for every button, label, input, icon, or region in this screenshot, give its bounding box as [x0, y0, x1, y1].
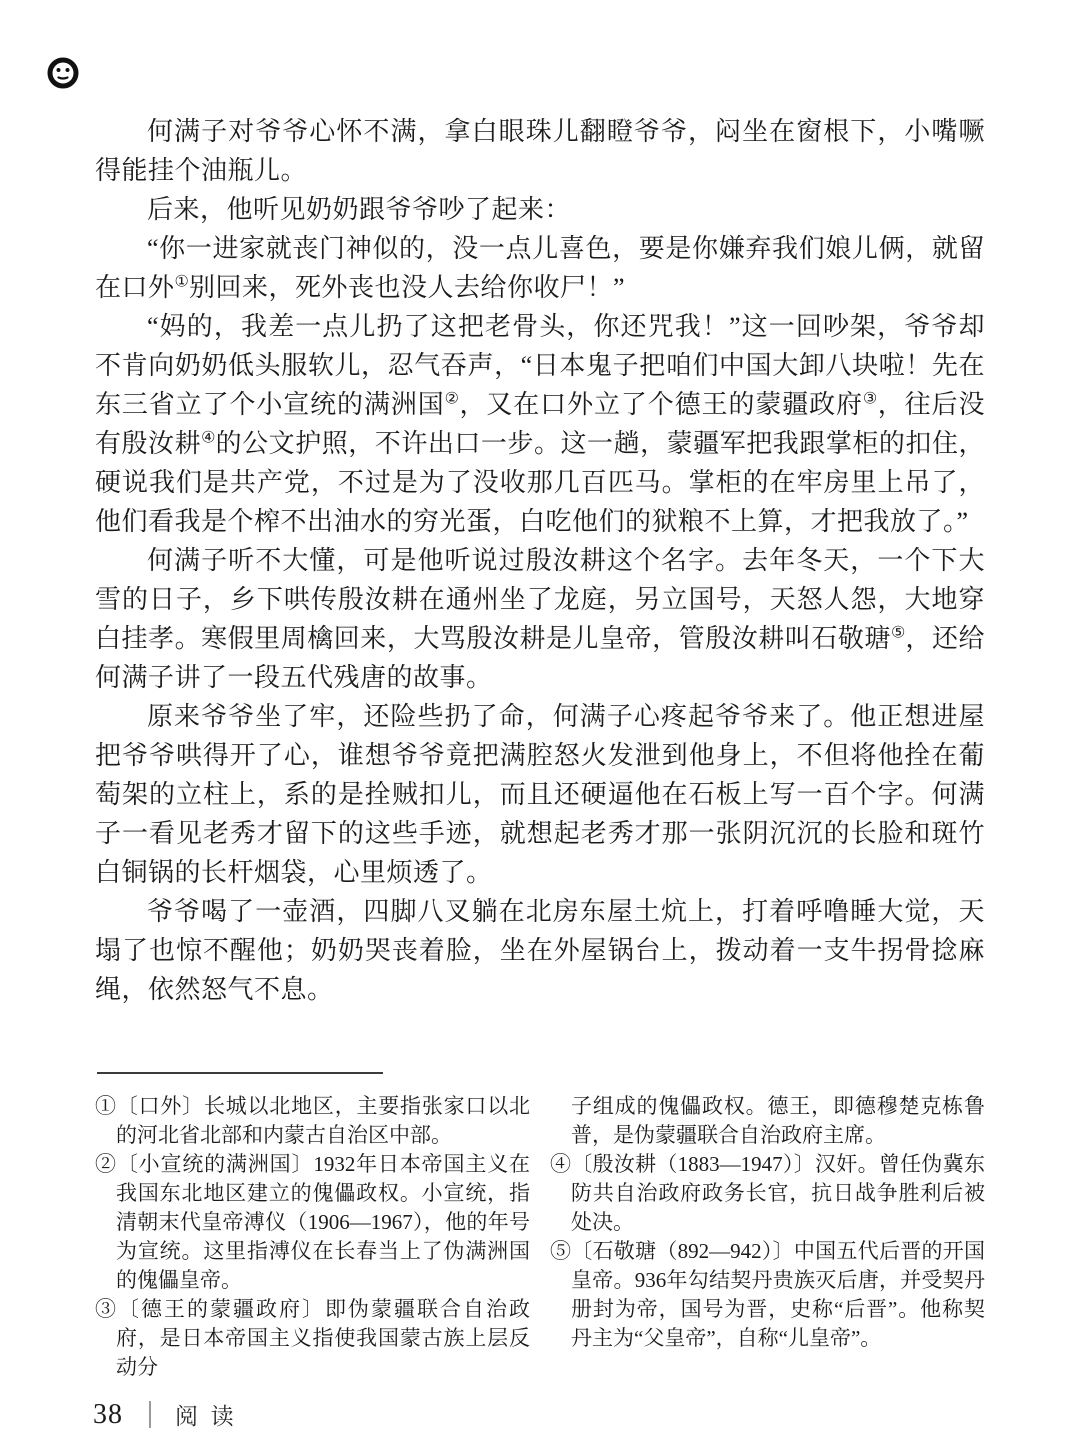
- footnote-divider: [97, 1072, 383, 1074]
- footnote-item: ⑤〔石敬瑭（892—942）〕中国五代后晋的开国皇帝。936年勾结契丹贵族灭后唐…: [550, 1237, 985, 1353]
- page-footer: 38 阅读: [93, 1398, 246, 1431]
- footnote-text: 〔德王的蒙疆政府〕即伪蒙疆联合自治政府，是日本帝国主义指使我国蒙古族上层反动分: [116, 1297, 530, 1379]
- paragraph: “妈的，我差一点儿扔了这把老骨头，你还咒我！”这一回吵架，爷爷却不肯向奶奶低头服…: [95, 307, 985, 541]
- footnotes-right-column: 子组成的傀儡政权。德王，即德穆楚克栋鲁普，是伪蒙疆联合自治政府主席。④〔殷汝耕（…: [550, 1092, 985, 1382]
- footnote-reference: ⑤: [891, 624, 905, 641]
- footnote-item: ②〔小宣统的满洲国〕1932年日本帝国主义在我国东北地区建立的傀儡政权。小宣统，…: [95, 1150, 530, 1295]
- footnote-reference: ③: [863, 390, 878, 407]
- footnote-marker: ④: [550, 1152, 571, 1176]
- footnote-marker: ③: [95, 1297, 118, 1321]
- paragraph: 后来，他听见奶奶跟爷爷吵了起来：: [95, 190, 985, 229]
- paragraph: 何满子对爷爷心怀不满，拿白眼珠儿翻瞪爷爷，闷坐在窗根下，小嘴噘得能挂个油瓶儿。: [95, 112, 985, 190]
- footnote-item: ④〔殷汝耕（1883—1947）〕汉奸。曾任伪冀东防共自治政府政务长官，抗日战争…: [550, 1150, 985, 1237]
- paragraph: “你一进家就丧门神似的，没一点儿喜色，要是你嫌弃我们娘儿俩，就留在口外①别回来，…: [95, 229, 985, 307]
- smiley-face-icon: [46, 56, 80, 90]
- paragraph: 何满子听不大懂，可是他听说过殷汝耕这个名字。去年冬天，一个下大雪的日子，乡下哄传…: [95, 541, 985, 697]
- footnote-marker: ②: [95, 1152, 117, 1176]
- footnote-text: 〔殷汝耕（1883—1947）〕汉奸。曾任伪冀东防共自治政府政务长官，抗日战争胜…: [571, 1152, 985, 1234]
- footer-divider-bar: [149, 1401, 151, 1428]
- footnotes: ①〔口外〕长城以北地区，主要指张家口以北的河北省北部和内蒙古自治区中部。②〔小宣…: [95, 1092, 985, 1382]
- footnote-text: 〔小宣统的满洲国〕1932年日本帝国主义在我国东北地区建立的傀儡政权。小宣统，指…: [116, 1152, 530, 1292]
- footnote-marker: ⑤: [550, 1239, 571, 1263]
- footnote-item: ①〔口外〕长城以北地区，主要指张家口以北的河北省北部和内蒙古自治区中部。: [95, 1092, 530, 1150]
- footnote-reference: ①: [175, 273, 189, 290]
- textbook-page: 何满子对爷爷心怀不满，拿白眼珠儿翻瞪爷爷，闷坐在窗根下，小嘴噘得能挂个油瓶儿。后…: [0, 0, 1080, 1454]
- footnote-item: ③〔德王的蒙疆政府〕即伪蒙疆联合自治政府，是日本帝国主义指使我国蒙古族上层反动分: [95, 1295, 530, 1382]
- paragraph: 爷爷喝了一壶酒，四脚八叉躺在北房东屋土炕上，打着呼噜睡大觉，天塌了也惊不醒他；奶…: [95, 892, 985, 1009]
- paragraph: 原来爷爷坐了牢，还险些扔了命，何满子心疼起爷爷来了。他正想进屋把爷爷哄得开了心，…: [95, 697, 985, 892]
- story-text: 何满子对爷爷心怀不满，拿白眼珠儿翻瞪爷爷，闷坐在窗根下，小嘴噘得能挂个油瓶儿。后…: [95, 112, 985, 1009]
- page-number: 38: [93, 1399, 123, 1431]
- footnote-reference: ④: [201, 429, 215, 446]
- footnotes-left-column: ①〔口外〕长城以北地区，主要指张家口以北的河北省北部和内蒙古自治区中部。②〔小宣…: [95, 1092, 530, 1382]
- footnote-marker: ①: [95, 1094, 117, 1118]
- section-title: 阅读: [175, 1398, 246, 1431]
- footnote-reference: ②: [445, 390, 460, 407]
- footnote-text: 子组成的傀儡政权。德王，即德穆楚克栋鲁普，是伪蒙疆联合自治政府主席。: [571, 1094, 985, 1147]
- footnote-text: 〔口外〕长城以北地区，主要指张家口以北的河北省北部和内蒙古自治区中部。: [116, 1094, 530, 1147]
- footnote-item: 子组成的傀儡政权。德王，即德穆楚克栋鲁普，是伪蒙疆联合自治政府主席。: [550, 1092, 985, 1150]
- footnote-text: 〔石敬瑭（892—942）〕中国五代后晋的开国皇帝。936年勾结契丹贵族灭后唐，…: [571, 1239, 985, 1350]
